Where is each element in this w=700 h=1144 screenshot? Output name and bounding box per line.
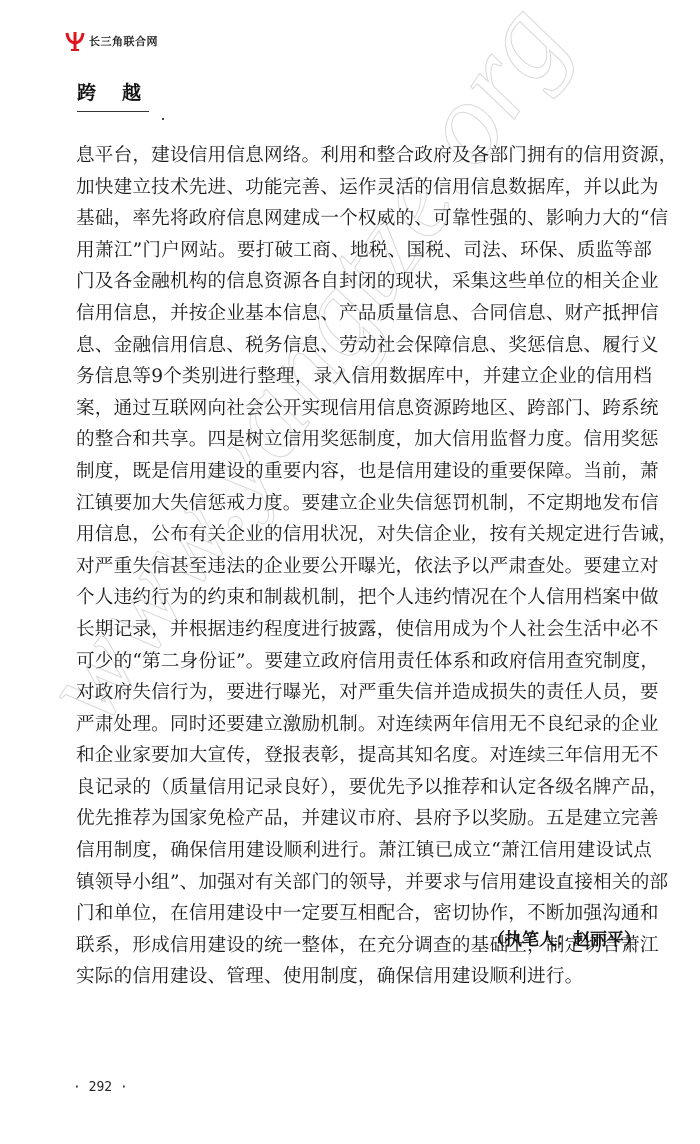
text-line: 案，通过互联网向社会公开实现信用信息资源跨地区、跨部门、跨系统 [76, 393, 652, 425]
page-number: · 292 · [73, 1080, 128, 1095]
text-line: 制度，既是信用建设的重要内容，也是信用建设的重要保障。当前，萧 [76, 456, 652, 488]
text-line: 信用信息，并按企业基本信息、产品质量信息、合同信息、财产抵押信 [76, 298, 652, 330]
text-line: 江镇要加大失信惩戒力度。要建立企业失信惩罚机制，不定期地发布信 [76, 488, 652, 520]
site-name: 长三角联合网 [89, 33, 158, 49]
text-line: 良记录的（质量信用记录良好），要优先予以推荐和认定各级名牌产品， [76, 772, 652, 804]
text-line: 可少的“第二身份证”。要建立政府信用责任体系和政府信用查究制度， [76, 646, 652, 678]
text-line: 门及各金融机构的信息资源各自封闭的现状，采集这些单位的相关企业 [76, 266, 652, 298]
section-title: 跨越 [77, 78, 149, 112]
author-signature: （执笔人：赵丽平） [488, 925, 641, 950]
text-line: 镇领导小组”、加强对有关部门的领导，并要求与信用建设直接相关的部 [76, 867, 652, 899]
text-line: 息平台，建设信用信息网络。利用和整合政府及各部门拥有的信用资源， [76, 140, 652, 172]
text-line: 实际的信用建设、管理、使用制度，确保信用建设顺利进行。 [76, 961, 652, 993]
site-logo: 长三角联合网 [65, 30, 158, 52]
text-line: 对政府失信行为，要进行曝光，对严重失信并造成损失的责任人员，要 [76, 677, 652, 709]
text-line: 基础，率先将政府信息网建成一个权威的、可靠性强的、影响力大的“信 [76, 203, 652, 235]
text-line: 和企业家要加大宣传，登报表彰，提高其知名度。对连续三年信用无不 [76, 740, 652, 772]
psi-logo-icon [65, 30, 85, 52]
text-line: 的整合和共享。四是树立信用奖惩制度，加大信用监督力度。信用奖惩 [76, 424, 652, 456]
text-line: 个人违约行为的约束和制裁机制，把个人违约情况在个人信用档案中做 [76, 582, 652, 614]
text-line: 严肃处理。同时还要建立激励机制。对连续两年信用无不良纪录的企业 [76, 709, 652, 741]
text-line: 用萧江”门户网站。要打破工商、地税、国税、司法、环保、质监等部 [76, 235, 652, 267]
text-line: 息、金融信用信息、税务信息、劳动社会保障信息、奖惩信息、履行义 [76, 330, 652, 362]
text-line: 信用制度，确保信用建设顺利进行。萧江镇已成立“萧江信用建设试点 [76, 835, 652, 867]
text-line: 务信息等9个类别进行整理，录入信用数据库中，并建立企业的信用档 [76, 361, 652, 393]
text-line: 长期记录，并根据违约程度进行披露，使信用成为个人社会生活中必不 [76, 614, 652, 646]
text-line: 加快建立技术先进、功能完善、运作灵活的信用信息数据库，并以此为 [76, 172, 652, 204]
text-line: 对严重失信甚至违法的企业要公开曝光，依法予以严肃查处。要建立对 [76, 551, 652, 583]
text-line: 用信息，公布有关企业的信用状况，对失信企业，按有关规定进行告诫， [76, 519, 652, 551]
text-line: 优先推荐为国家免检产品，并建议市府、县府予以奖励。五是建立完善 [76, 803, 652, 835]
body-text: 息平台，建设信用信息网络。利用和整合政府及各部门拥有的信用资源， 加快建立技术先… [76, 140, 652, 993]
